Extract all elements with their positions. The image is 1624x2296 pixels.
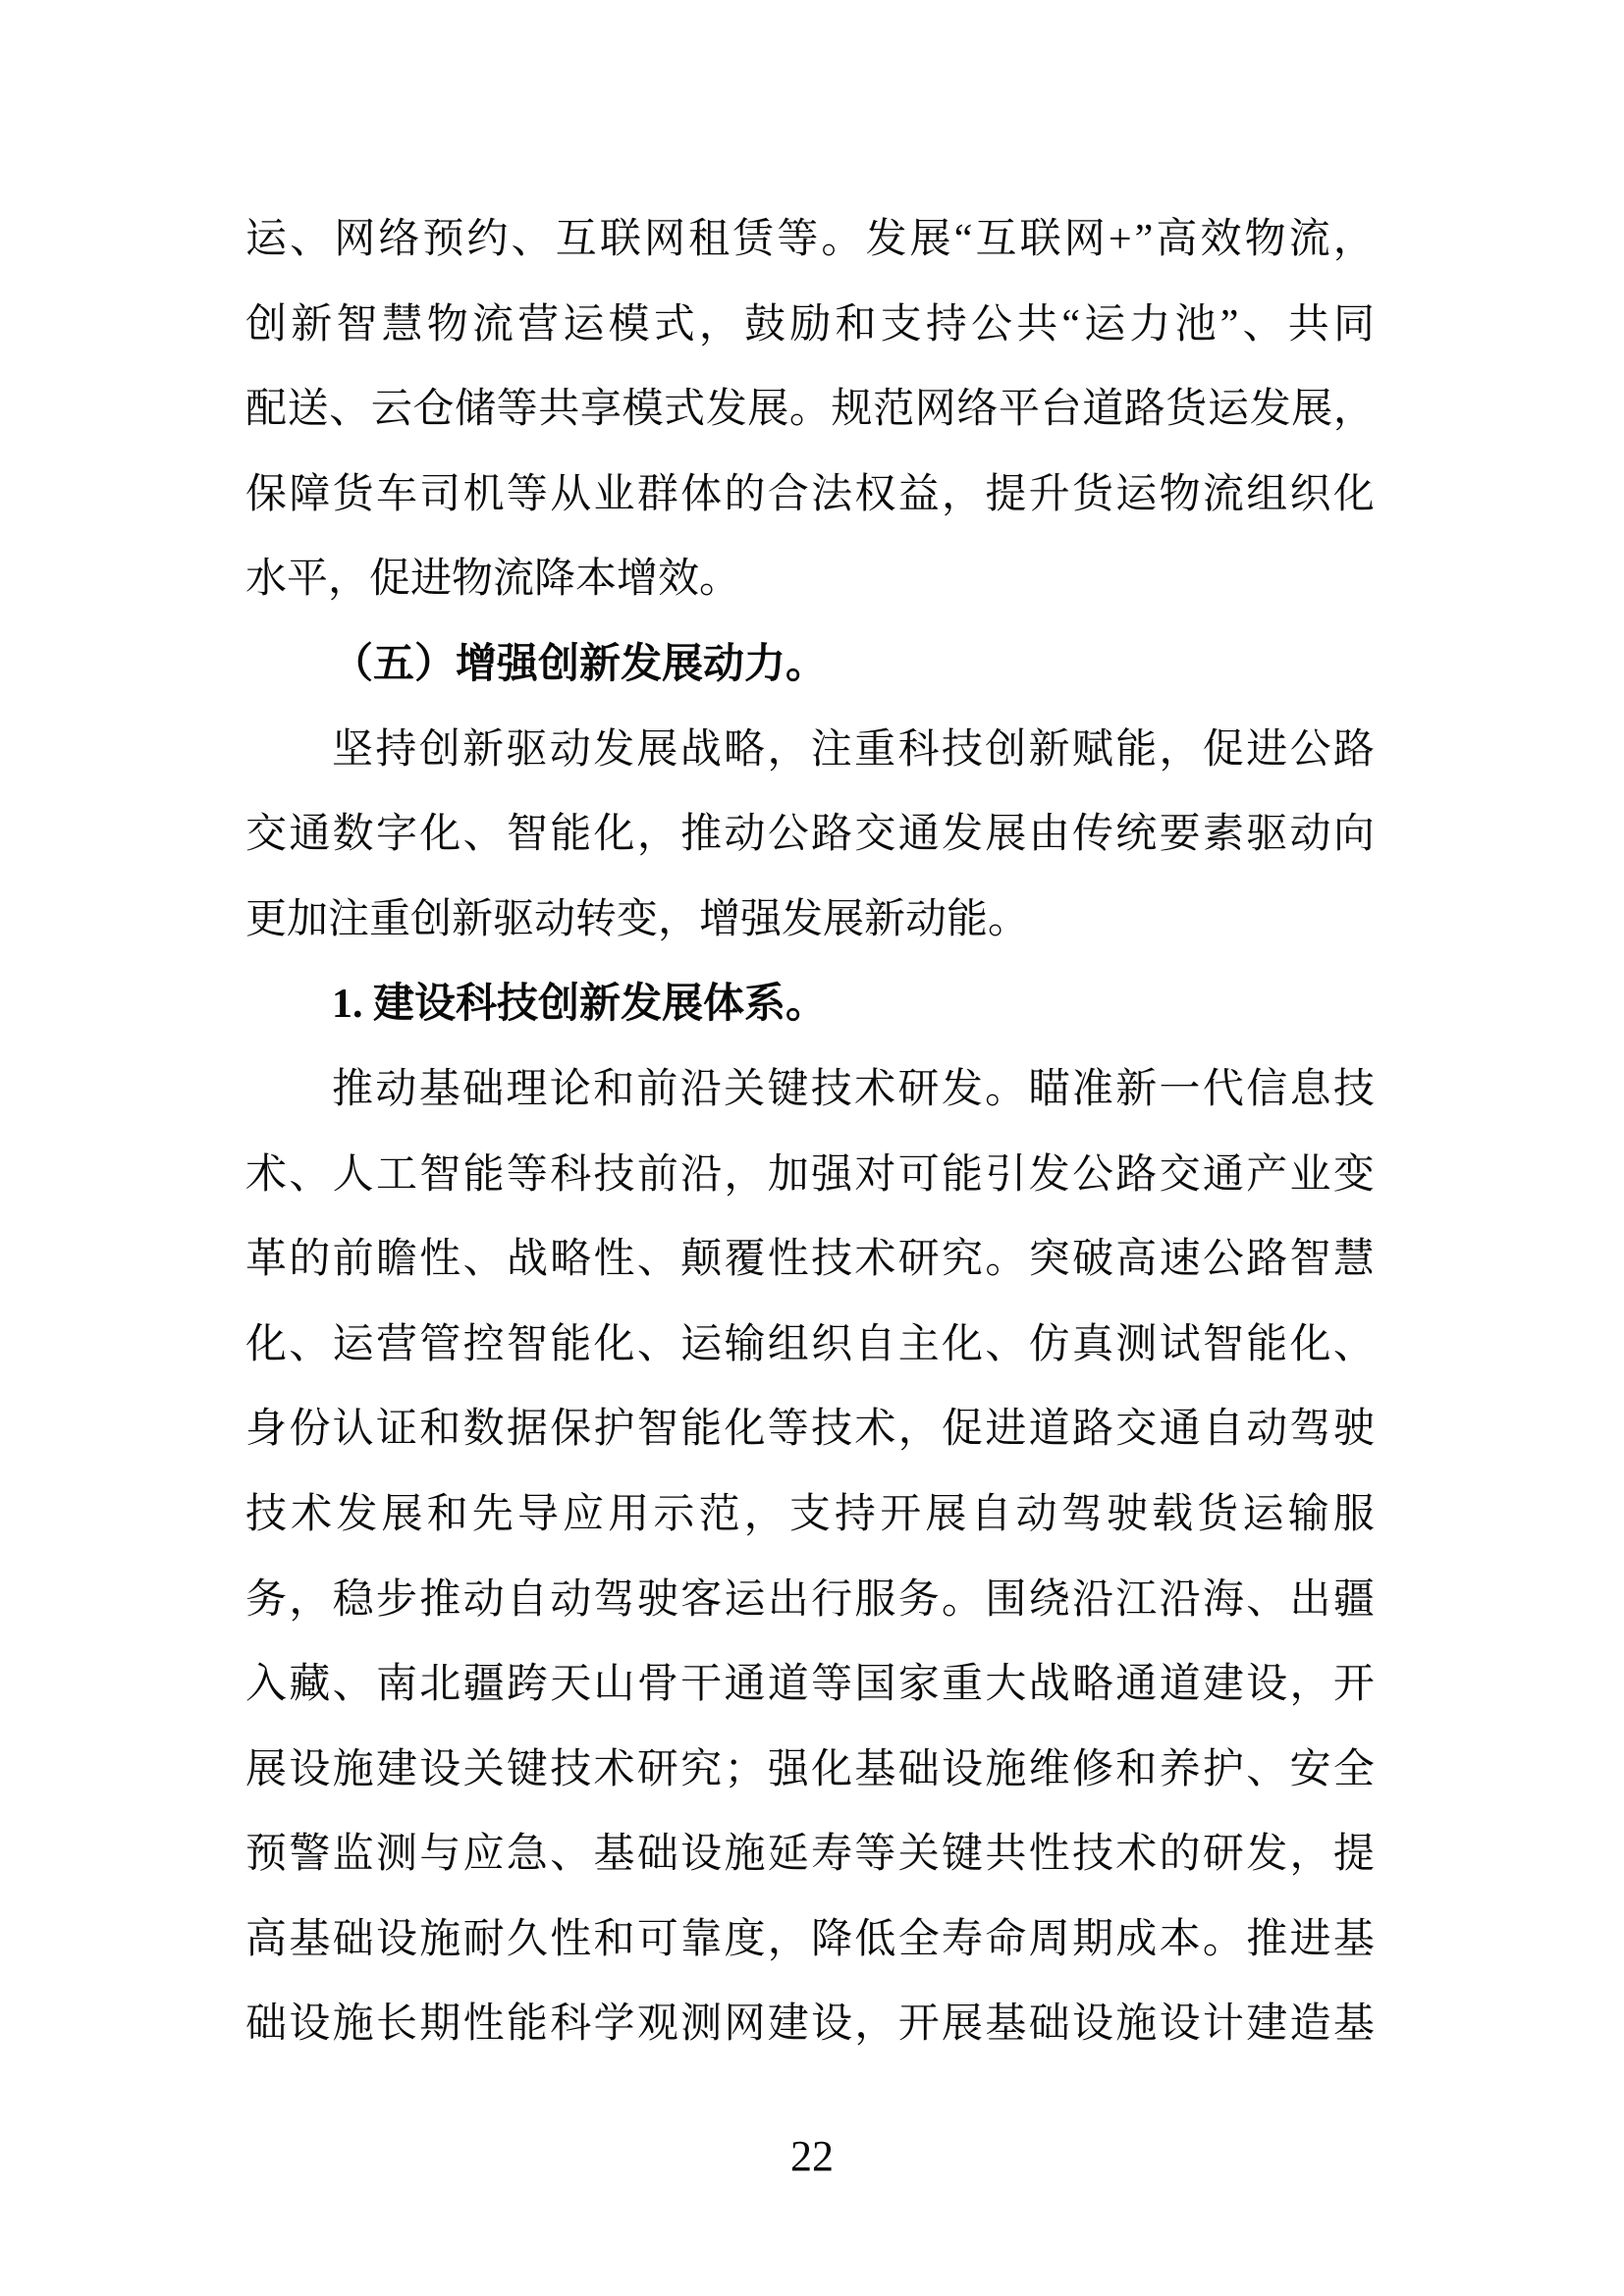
text-line: 技术发展和先导应用示范，支持开展自动驾驶载货运输服 [245, 1472, 1375, 1558]
text-line: 运、网络预约、互联网租赁等。发展“互联网+”高效物流， [245, 197, 1375, 283]
text-line: 入藏、南北疆跨天山骨干通道等国家重大战略通道建设，开 [245, 1642, 1375, 1728]
text-line: 预警监测与应急、基础设施延寿等关键共性技术的研发，提 [245, 1812, 1375, 1897]
numbered-subheading: 1. 建设科技创新发展体系。 [245, 962, 1375, 1047]
document-page: 运、网络预约、互联网租赁等。发展“互联网+”高效物流， 创新智慧物流营运模式，鼓… [0, 0, 1624, 2296]
text-line: 务，稳步推动自动驾驶客运出行服务。围绕沿江沿海、出疆 [245, 1558, 1375, 1643]
text-line: 推动基础理论和前沿关键技术研发。瞄准新一代信息技 [245, 1047, 1375, 1133]
text-line: 化、运营管控智能化、运输组织自主化、仿真测试智能化、 [245, 1303, 1375, 1388]
text-line: 创新智慧物流营运模式，鼓励和支持公共“运力池”、共同 [245, 283, 1375, 368]
page-body: 运、网络预约、互联网租赁等。发展“互联网+”高效物流， 创新智慧物流营运模式，鼓… [245, 197, 1375, 2067]
text-line: 术、人工智能等科技前沿，加强对可能引发公路交通产业变 [245, 1133, 1375, 1218]
text-line: 配送、云仓储等共享模式发展。规范网络平台道路货运发展， [245, 367, 1375, 453]
text-line: 革的前瞻性、战略性、颠覆性技术研究。突破高速公路智慧 [245, 1217, 1375, 1303]
text-line: 展设施建设关键技术研究；强化基础设施维修和养护、安全 [245, 1728, 1375, 1813]
page-number: 22 [0, 2114, 1624, 2199]
text-line: 更加注重创新驱动转变，增强发展新动能。 [245, 878, 1375, 963]
text-line: 础设施长期性能科学观测网建设，开展基础设施设计建造基 [245, 1982, 1375, 2067]
text-line: 身份认证和数据保护智能化等技术，促进道路交通自动驾驶 [245, 1387, 1375, 1472]
text-line: 交通数字化、智能化，推动公路交通发展由传统要素驱动向 [245, 792, 1375, 878]
text-line: 水平，促进物流降本增效。 [245, 537, 1375, 622]
text-line: 高基础设施耐久性和可靠度，降低全寿命周期成本。推进基 [245, 1897, 1375, 1983]
text-line: 保障货车司机等从业群体的合法权益，提升货运物流组织化 [245, 453, 1375, 538]
section-heading: （五）增强创新发展动力。 [245, 622, 1375, 708]
text-line: 坚持创新驱动发展战略，注重科技创新赋能，促进公路 [245, 708, 1375, 793]
